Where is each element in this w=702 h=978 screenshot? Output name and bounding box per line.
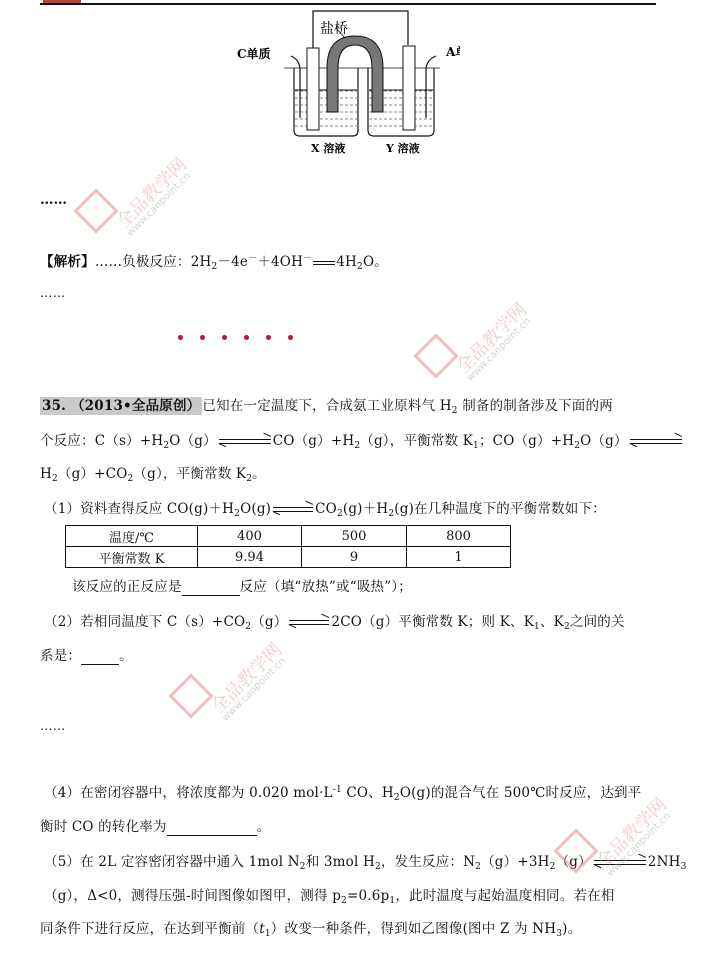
ellipsis-1: …… <box>40 191 67 209</box>
equilibrium-arrow-icon <box>594 858 646 868</box>
equals-sign <box>313 261 335 265</box>
table-row: 平衡常数 K 9.94 9 1 <box>66 547 511 568</box>
salt-bridge-label: 盐桥 <box>320 20 348 37</box>
watermark-stamp-icon <box>413 333 458 378</box>
part5-line-2: （g），Δ<0，测得压强-时间图像如图甲，测得 p2=0.6p1，此时温度与起始… <box>44 887 615 905</box>
equilibrium-arrow-icon <box>273 505 313 515</box>
right-electrode-label: A单质 <box>445 44 460 59</box>
part5-line-1: （5）在 2L 定容密闭容器中通入 1mol N2和 3mol H2，发生反应：… <box>44 853 687 871</box>
heart-icon <box>266 335 271 340</box>
heart-icon <box>178 335 183 340</box>
answer-blank[interactable] <box>81 650 119 665</box>
question-number-badge: 35. （2013•全品原创） <box>40 397 202 415</box>
answer-blank[interactable] <box>167 821 257 836</box>
equilibrium-arrow-icon <box>219 437 271 447</box>
watermark-logo: 全品教学网 www.canpoint.cn <box>420 340 452 372</box>
heart-icon <box>288 335 293 340</box>
equilibrium-arrow-icon <box>630 437 682 447</box>
part1-line: （1）资料查得反应 CO(g)＋H2O(g)CO2(g)＋H2(g)在几种温度下… <box>44 500 606 518</box>
equilibrium-arrow-icon <box>289 618 329 628</box>
part2-line-2: 系是：。 <box>40 647 133 665</box>
analysis-tag: 【解析】 <box>40 254 95 270</box>
watermark-logo: 全品教学网 www.canpoint.cn <box>175 680 207 712</box>
equilibrium-constant-table: 温度/℃ 400 500 800 平衡常数 K 9.94 9 1 <box>65 525 511 568</box>
heart-icon <box>244 335 249 340</box>
watermark-logo: 全品教学网 www.canpoint.cn <box>80 195 112 227</box>
part4-line-1: （4）在密闭容器中，将浓度都为 0.020 mol·L-1 CO、H2O(g)的… <box>44 784 641 802</box>
question-line-3: H2（g）+CO2（g），平衡常数 K2。 <box>40 465 266 483</box>
galvanic-cell-diagram: 盐桥 C单质 A单质 X 溶液 Y 溶液 <box>230 5 460 155</box>
question-line-2: 个反应：C（s）+H2O（g）CO（g）+H2（g），平衡常数 K1；CO（g）… <box>40 432 684 450</box>
ellipsis-2: …… <box>40 284 65 302</box>
watermark-stamp-icon <box>168 673 213 718</box>
answer-blank[interactable] <box>182 581 240 596</box>
heart-divider <box>178 325 310 344</box>
left-electrode-label: C单质 <box>237 46 271 61</box>
table-row: 温度/℃ 400 500 800 <box>66 526 511 547</box>
part4-line-2: 衡时 CO 的转化率为。 <box>40 818 270 836</box>
watermark-stamp-icon <box>73 188 118 233</box>
ellipsis-3: …… <box>40 717 65 735</box>
part1-fill-line: 该反应的正反应是反应（填“放热”或“吸热”）； <box>72 578 412 596</box>
analysis-line: 【解析】……负极反应：2H2－4e－＋4OH－4H2O。 <box>40 253 388 271</box>
part2-line-1: （2）若相同温度下 C（s）+CO2（g）2CO（g）平衡常数 K；则 K、K1… <box>44 613 625 631</box>
right-solution-label: Y 溶液 <box>385 141 420 155</box>
part5-line-3: 同条件下进行反应，在达到平衡前（t1）改变一种条件，得到如乙图像(图中 Z 为 … <box>40 920 581 938</box>
question-line-1: 35. （2013•全品原创）已知在一定温度下，合成氨工业原料气 H2 制备的制… <box>40 397 613 415</box>
heart-icon <box>200 335 205 340</box>
left-solution-label: X 溶液 <box>311 141 345 155</box>
heart-icon <box>222 335 227 340</box>
